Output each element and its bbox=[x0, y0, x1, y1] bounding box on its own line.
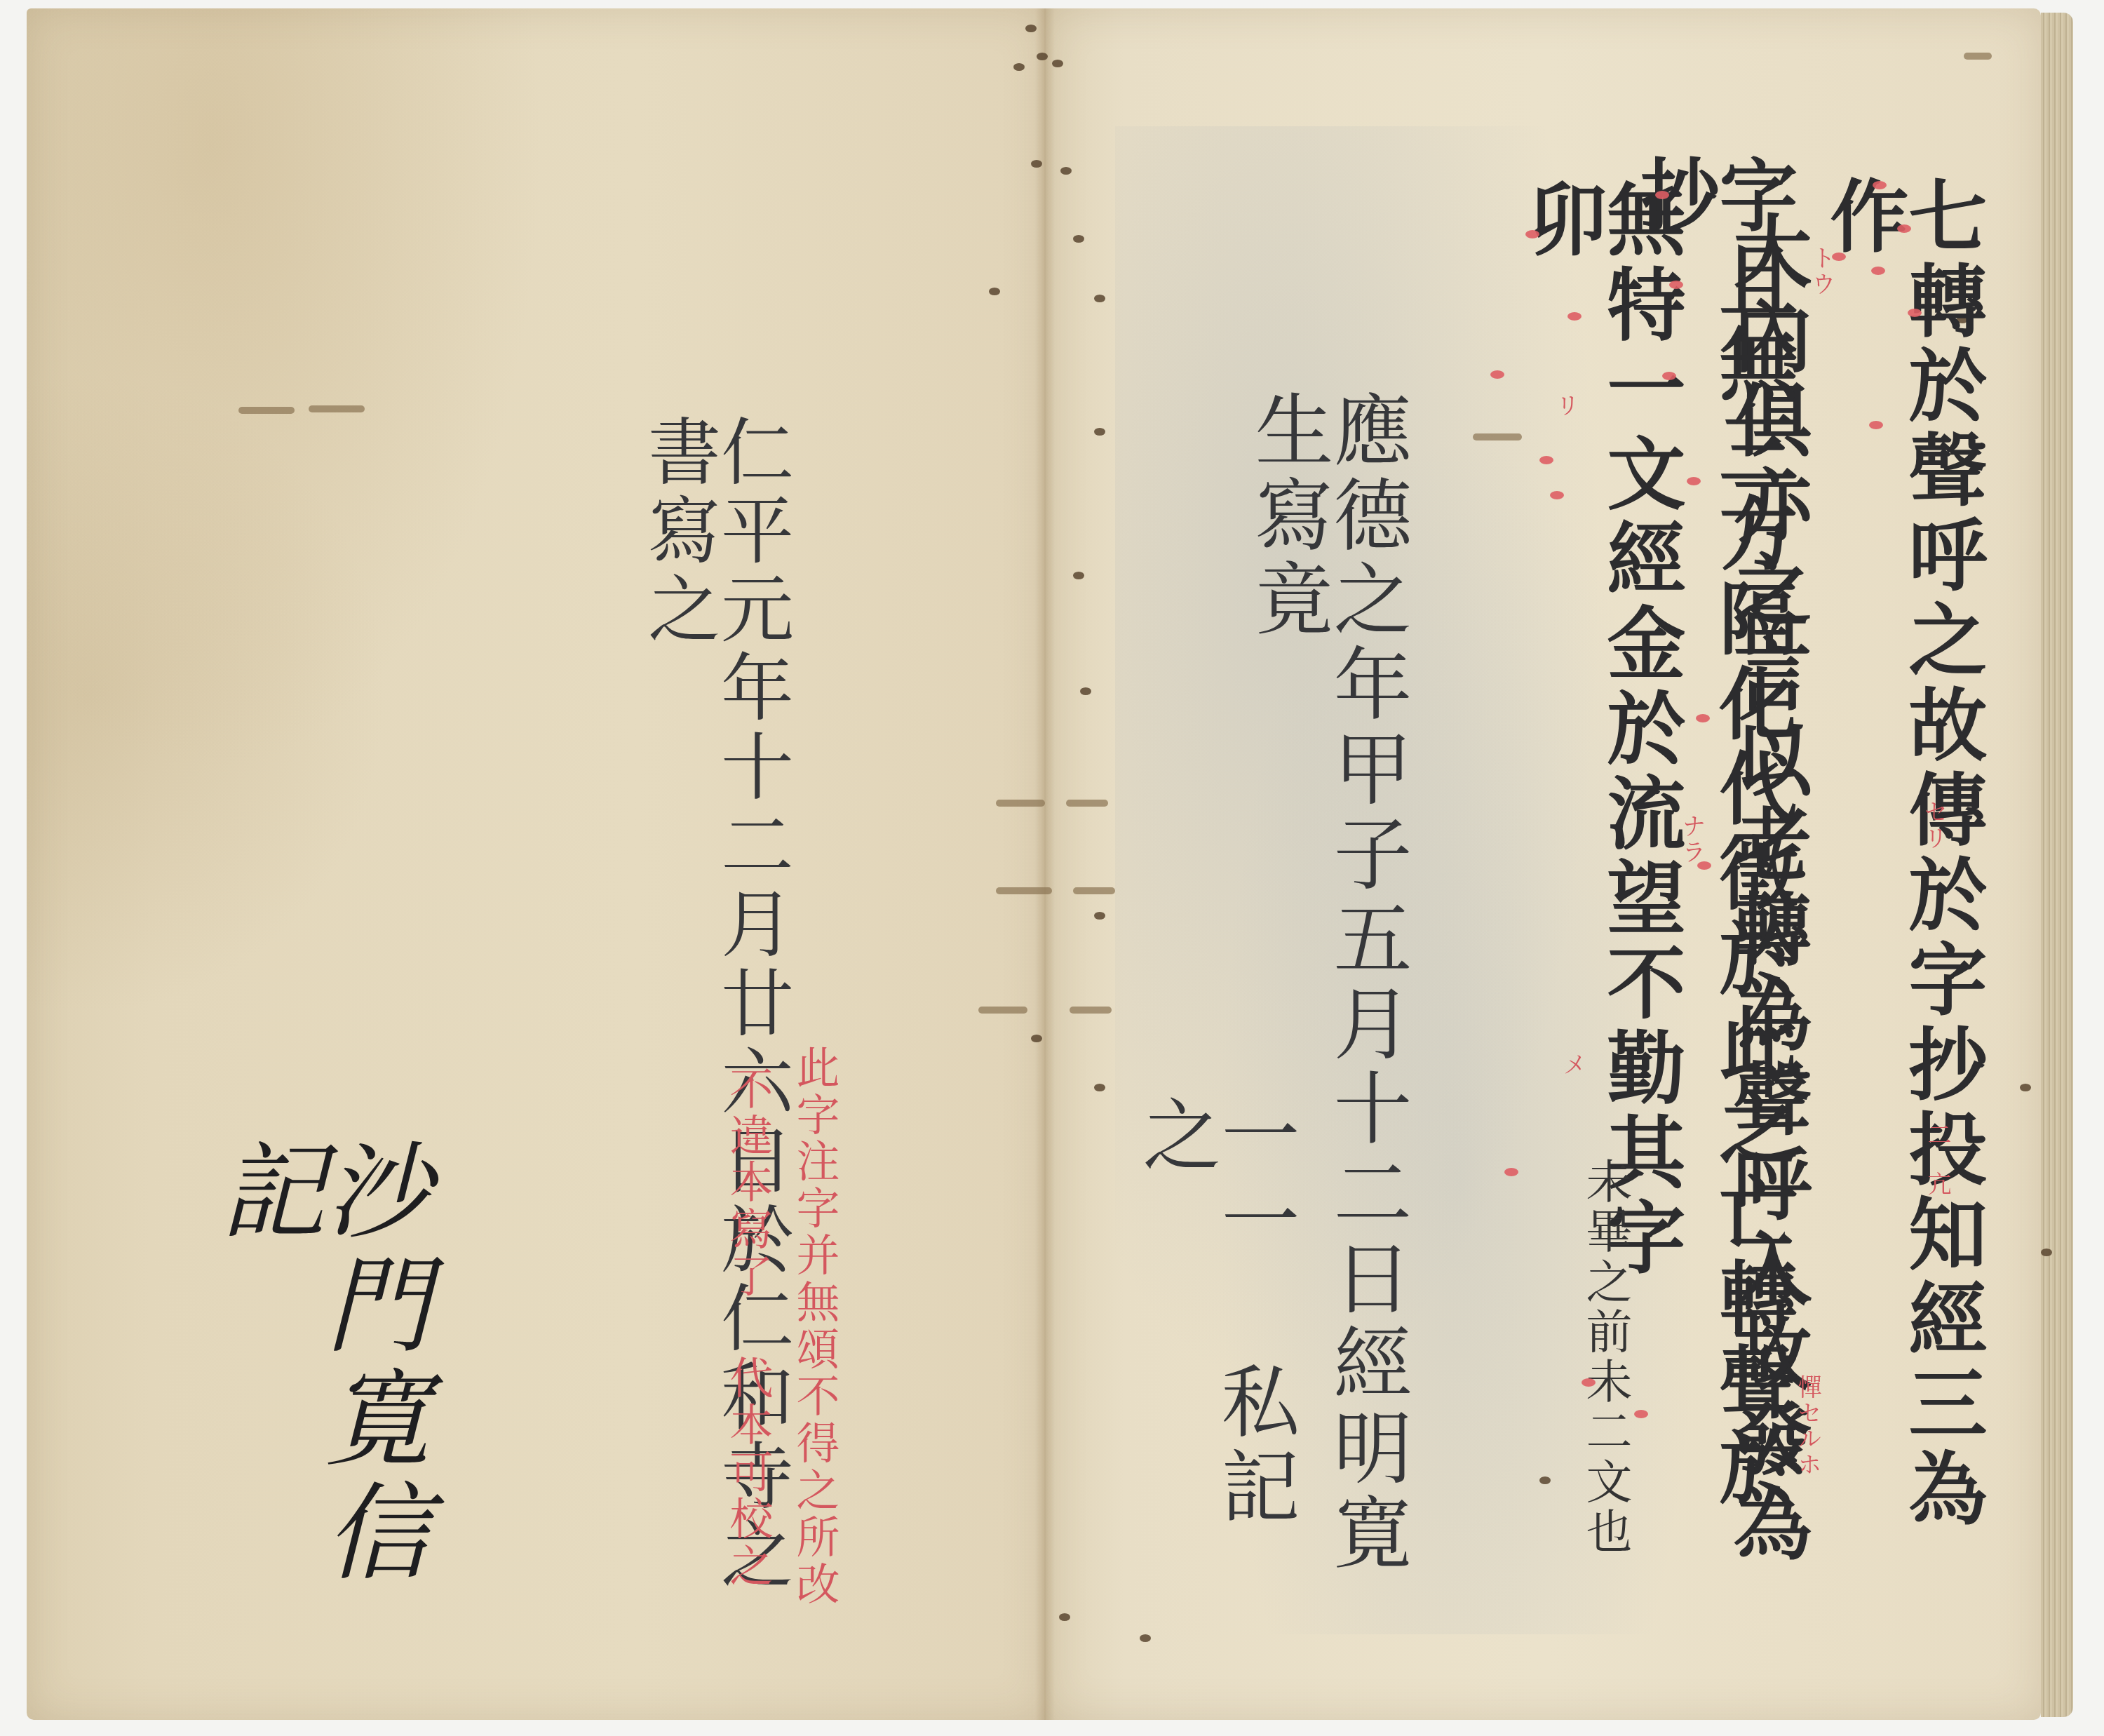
red-punctuation-dot bbox=[1869, 421, 1883, 429]
worm-trail bbox=[1964, 53, 1992, 60]
binding-gutter bbox=[1035, 8, 1055, 1720]
red-punctuation-dot bbox=[1567, 312, 1582, 321]
private-note-column: 一一 私記之 bbox=[1136, 1094, 1293, 1585]
red-gloss: 憚セルホ bbox=[1795, 1375, 1819, 1494]
worm-trail bbox=[1073, 887, 1115, 894]
red-punctuation-dot bbox=[1871, 267, 1885, 275]
red-punctuation-dot bbox=[1550, 491, 1564, 499]
worm-hole bbox=[1013, 63, 1025, 71]
red-gloss: メ bbox=[1560, 1052, 1584, 1080]
worm-hole bbox=[1094, 912, 1105, 920]
worm-trail bbox=[1066, 800, 1108, 807]
worm-hole bbox=[1073, 572, 1084, 579]
worm-hole bbox=[1052, 60, 1063, 67]
left-page bbox=[27, 8, 1045, 1720]
red-punctuation-dot bbox=[1662, 372, 1676, 380]
red-punctuation-dot bbox=[1634, 1410, 1648, 1418]
worm-trail bbox=[1070, 1007, 1112, 1014]
red-punctuation-dot bbox=[1697, 861, 1711, 870]
worm-hole bbox=[2020, 1084, 2031, 1091]
red-punctuation-dot bbox=[1908, 309, 1922, 317]
red-punctuation-dot bbox=[1525, 230, 1539, 238]
worm-trail bbox=[996, 800, 1045, 807]
page-edge-stack bbox=[2041, 13, 2073, 1717]
worm-hole bbox=[1080, 687, 1091, 695]
red-punctuation-dot bbox=[1897, 224, 1911, 233]
red-punctuation-dot bbox=[1655, 191, 1669, 199]
red-punctuation-dot bbox=[1504, 1168, 1518, 1176]
worm-hole bbox=[1031, 1035, 1042, 1042]
worm-hole bbox=[1094, 295, 1105, 302]
red-gloss: 二 bbox=[1925, 1122, 1949, 1150]
red-gloss: セリ bbox=[1922, 800, 1945, 856]
red-colophon-column-1: 此字注字并無頌不得之所改 bbox=[793, 1045, 836, 1676]
red-gloss: 亢 bbox=[1925, 1171, 1949, 1199]
red-punctuation-dot bbox=[1490, 370, 1504, 379]
worm-hole bbox=[1073, 235, 1084, 243]
red-punctuation-dot bbox=[1669, 281, 1683, 289]
red-colophon-column-2: 不違本寫了 代本可校之 bbox=[726, 1066, 769, 1662]
worm-hole bbox=[1037, 53, 1048, 60]
worm-hole bbox=[1059, 1613, 1070, 1621]
worm-hole bbox=[1060, 167, 1072, 175]
worm-trail bbox=[996, 887, 1052, 894]
red-punctuation-dot bbox=[1832, 253, 1846, 261]
signature-column: 沙門寛信記 bbox=[210, 1136, 421, 1627]
worm-trail bbox=[1473, 433, 1522, 440]
red-punctuation-dot bbox=[1696, 714, 1710, 722]
red-punctuation-dot bbox=[1582, 1378, 1596, 1387]
red-punctuation-dot bbox=[1687, 477, 1701, 485]
worm-trail bbox=[238, 407, 295, 414]
red-punctuation-dot bbox=[1539, 456, 1553, 464]
red-gloss: リ bbox=[1553, 393, 1577, 435]
red-gloss: トウ bbox=[1809, 245, 1833, 302]
worm-hole bbox=[1094, 428, 1105, 436]
text-column-1: 七轉於聲呼之故傳於字抄投知經三為作 bbox=[1823, 175, 1981, 1578]
worm-hole bbox=[989, 288, 1000, 295]
worm-hole bbox=[1094, 1084, 1105, 1091]
worm-hole bbox=[1031, 160, 1042, 168]
worm-trail bbox=[978, 1007, 1027, 1014]
worm-hole bbox=[1539, 1476, 1551, 1484]
worm-hole bbox=[1140, 1634, 1151, 1642]
worm-trail bbox=[309, 405, 365, 412]
worm-hole bbox=[1025, 25, 1037, 32]
manuscript-spread: 七轉於聲呼之故傳於字抄投知經三為作 大內俱亦之言以老轉為聲呼入故發為 字且無三方… bbox=[0, 0, 2104, 1736]
worm-hole bbox=[2041, 1249, 2052, 1256]
red-punctuation-dot bbox=[1873, 181, 1887, 189]
